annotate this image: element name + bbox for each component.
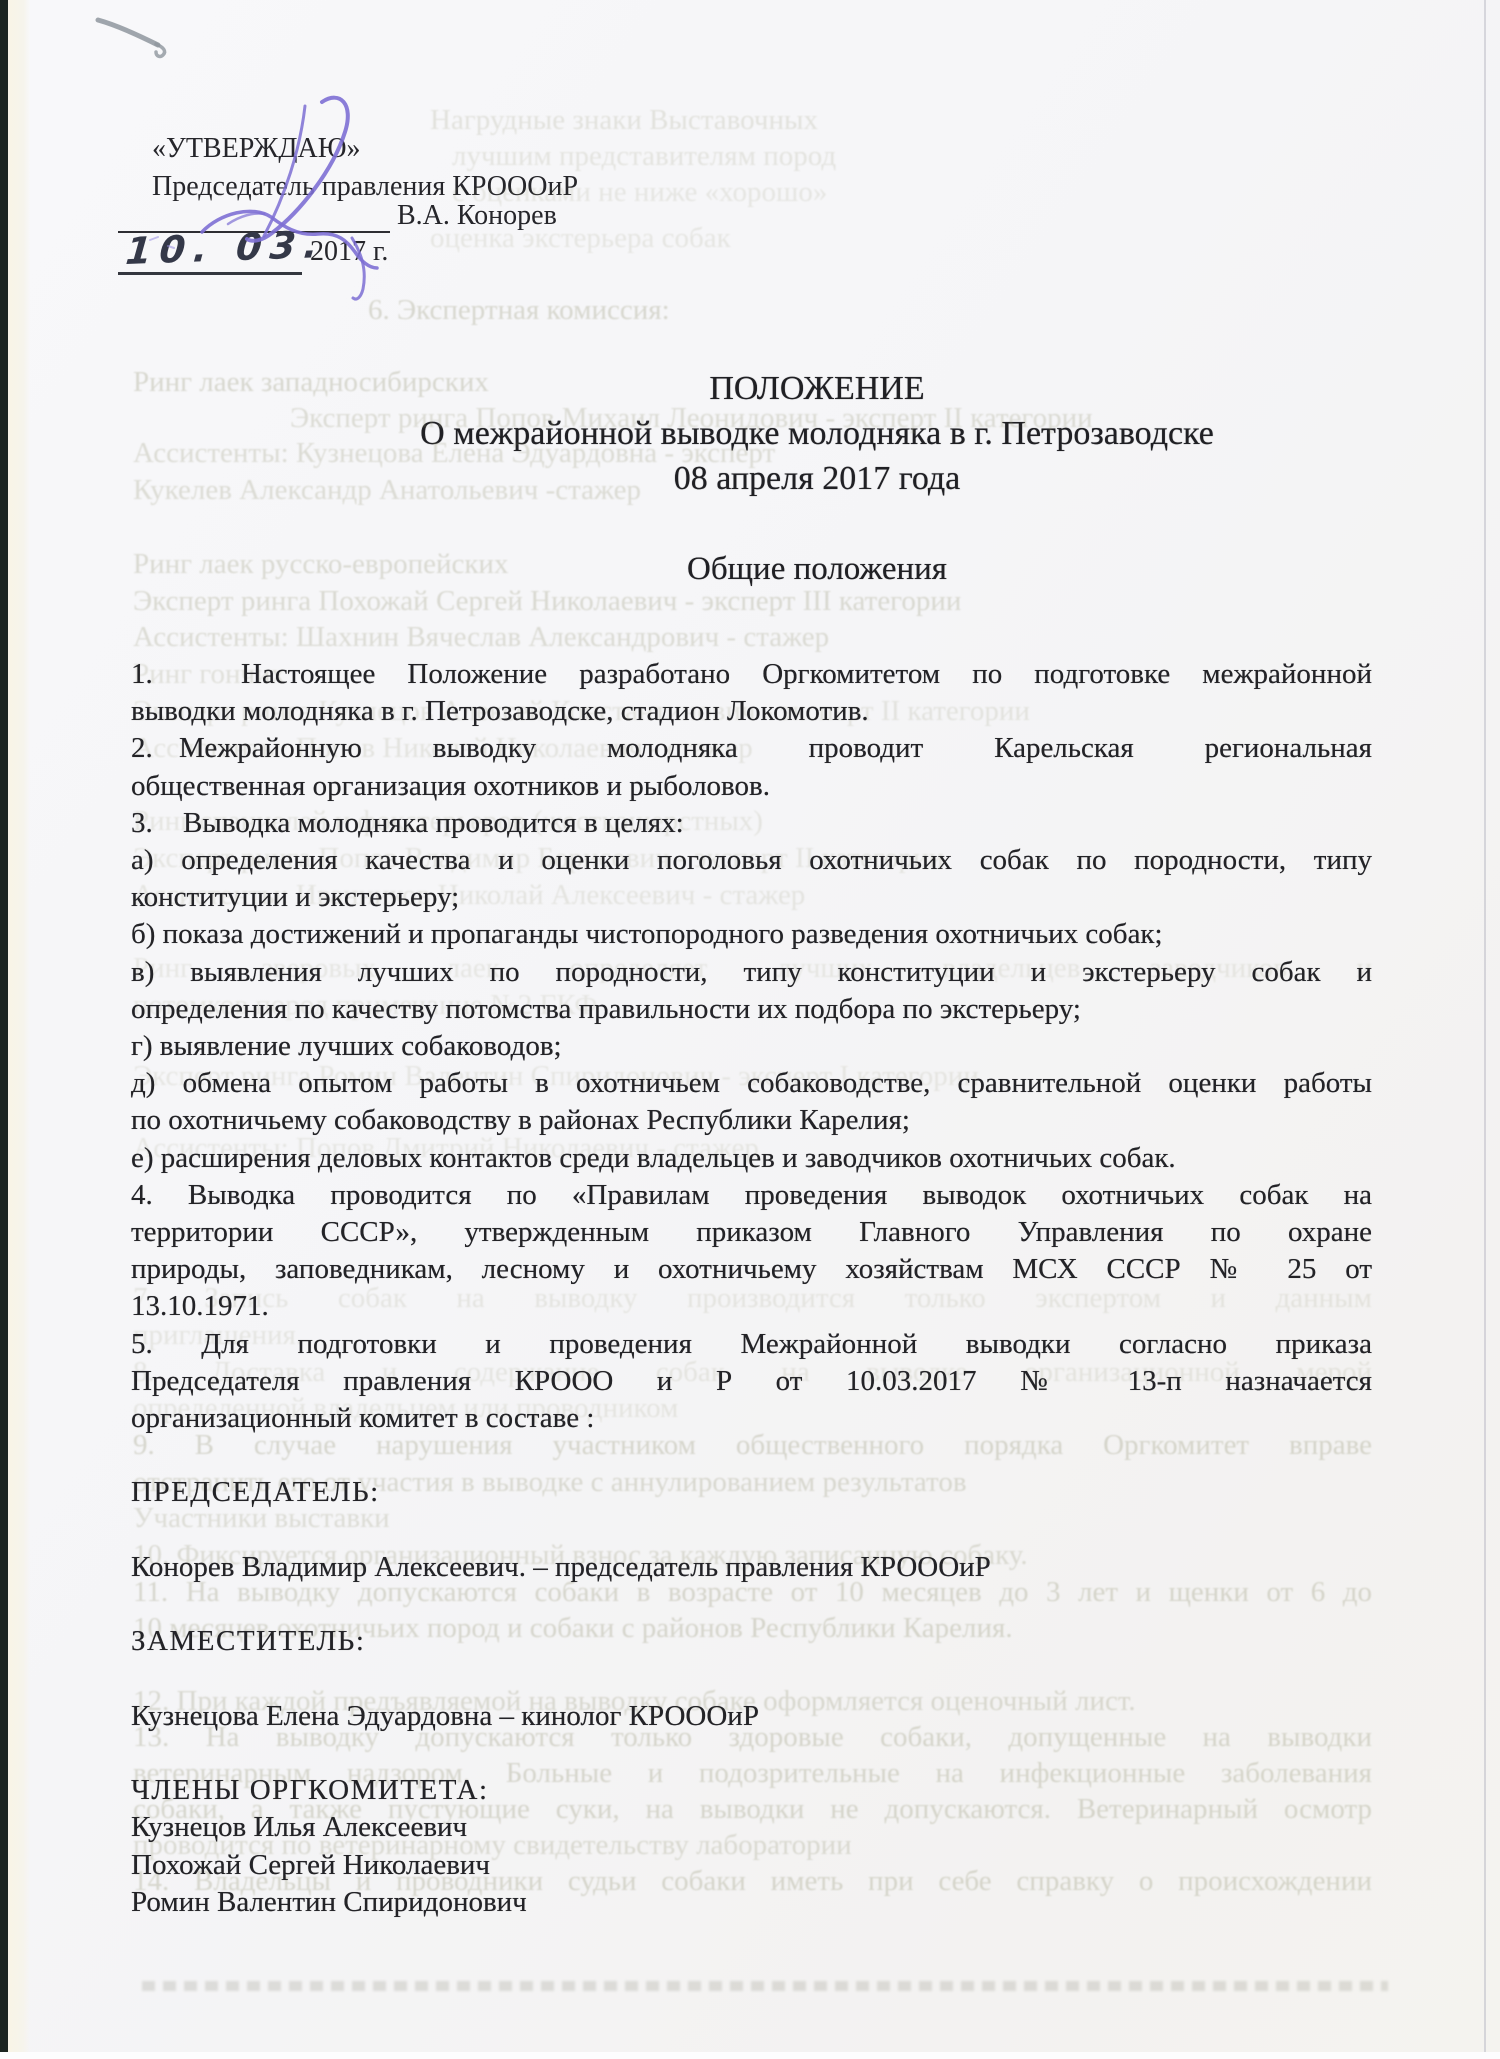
scan-edge-right-line	[1484, 0, 1486, 2059]
body-line: выводки молодняка в г. Петрозаводске, ст…	[131, 693, 1372, 730]
list-number: 1.	[131, 656, 241, 693]
body-text: 1.Настоящее Положение разработано Оргком…	[131, 656, 1372, 1921]
body-line: 4. Выводка проводится по «Правилам прове…	[131, 1177, 1372, 1214]
body-line: 1.Настоящее Положение разработано Оргком…	[131, 656, 1372, 693]
scanned-document-page: Нагрудные знаки Выставочныхлучшим предст…	[0, 0, 1500, 2059]
body-line: ПРЕДСЕДАТЕЛЬ:	[131, 1474, 1372, 1511]
body-line: г) выявление лучших собаководов;	[131, 1028, 1372, 1065]
body-line: а) определения качества и оценки поголов…	[131, 842, 1372, 879]
scan-edge-dark	[0, 0, 8, 2059]
ghost-line: Ринг лаек русско-европейских	[133, 548, 508, 581]
scan-edge-bottom	[0, 2052, 1500, 2059]
ghost-line: Ассистенты: Шахнин Вячеслав Александрови…	[133, 621, 829, 654]
body-line: Ромин Валентин Спиридонович	[131, 1884, 1372, 1921]
ghost-line: 6. Экспертная комиссия:	[368, 294, 670, 327]
ghost-line: Ассистенты: Кузнецова Елена Эдуардовна -…	[133, 437, 775, 470]
ghost-line: с оценками не ниже «хорошо»	[452, 176, 827, 209]
body-line	[131, 1660, 1372, 1697]
handwritten-date: 10. 03.	[124, 223, 328, 273]
corner-pen-mark	[98, 20, 165, 56]
ghost-line: оценка экстерьера собак	[430, 222, 731, 255]
body-line: б) показа достижений и пропаганды чистоп…	[131, 916, 1372, 953]
body-line: в) выявления лучших по породности, типу …	[131, 954, 1372, 991]
bleed-through-strip	[142, 1981, 1388, 1991]
scan-edge-cream	[8, 0, 30, 2059]
body-line: общественная организация охотников и рыб…	[131, 768, 1372, 805]
body-line: 3.Выводка молодняка проводится в целях:	[131, 805, 1372, 842]
body-line: Похожай Сергей Николаевич	[131, 1847, 1372, 1884]
ghost-line: Эксперт ринга Похожай Сергей Николаевич …	[133, 585, 961, 618]
ghost-line: лучшим представителям пород	[452, 140, 836, 173]
body-line: ЧЛЕНЫ ОРГКОМИТЕТА:	[131, 1772, 1372, 1809]
body-line: д) обмена опытом работы в охотничьем соб…	[131, 1065, 1372, 1102]
body-line	[131, 1512, 1372, 1549]
body-line	[131, 1735, 1372, 1772]
body-line: 2.Межрайонную выводку молодняка проводит…	[131, 730, 1372, 767]
list-number: 3.	[131, 805, 183, 842]
body-line: Кузнецова Елена Эдуардовна – кинолог КРО…	[131, 1698, 1372, 1735]
body-line: ЗАМЕСТИТЕЛЬ:	[131, 1623, 1372, 1660]
body-line: по охотничьему собаководству в районах Р…	[131, 1102, 1372, 1139]
body-line: природы, заповедникам, лесному и охотнич…	[131, 1251, 1372, 1288]
list-number: 2.	[131, 730, 179, 767]
ghost-line: Ринг лаек западносибирских	[133, 366, 489, 399]
date-year: 2017 г.	[310, 236, 388, 268]
body-line: территории СССР», утвержденным приказом …	[131, 1214, 1372, 1251]
body-line: Конорев Владимир Алексеевич. – председат…	[131, 1549, 1372, 1586]
body-line: 5. Для подготовки и проведения Межрайонн…	[131, 1326, 1372, 1363]
ghost-line: Эксперт ринга Попов Михаил Леонидович - …	[290, 402, 1093, 435]
ghost-line: Нагрудные знаки Выставочных	[430, 104, 818, 137]
body-line	[131, 1437, 1372, 1474]
body-line: Председателя правления КРООО и Р от 10.0…	[131, 1363, 1372, 1400]
body-line: конституции и экстерьеру;	[131, 879, 1372, 916]
body-line: Кузнецов Илья Алексеевич	[131, 1809, 1372, 1846]
date-underline	[118, 272, 302, 275]
body-line: организационный комитет в составе :	[131, 1400, 1372, 1437]
body-line	[131, 1586, 1372, 1623]
body-line: е) расширения деловых контактов среди вл…	[131, 1140, 1372, 1177]
body-line: 13.10.1971.	[131, 1288, 1372, 1325]
body-line: определения по качеству потомства правил…	[131, 991, 1372, 1028]
ghost-line: Кукелев Александр Анатольевич -стажер	[133, 474, 641, 507]
